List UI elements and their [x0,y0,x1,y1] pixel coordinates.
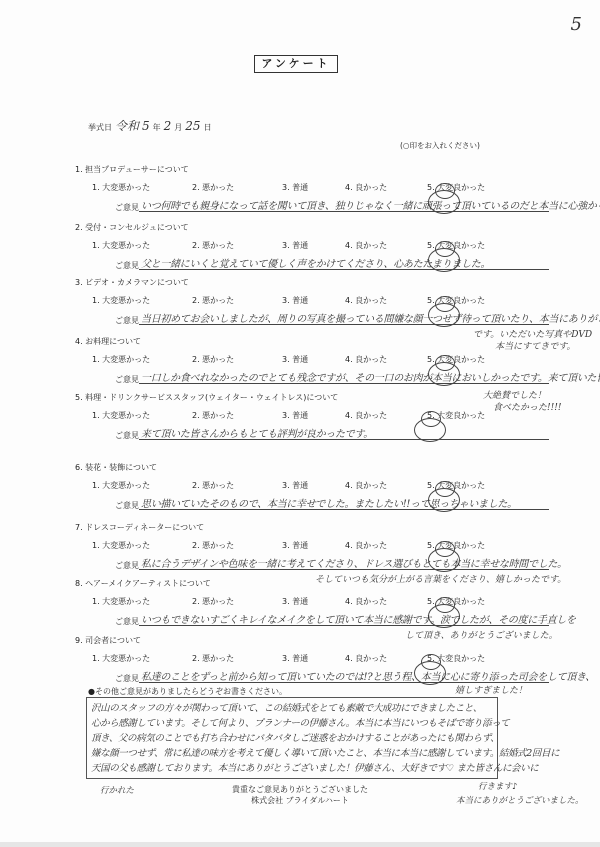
year-unit: 年 [153,122,161,133]
page-title: アンケート [254,55,338,73]
option-2[interactable]: 2. 悪かった [192,596,234,607]
other-comment-line: 心から感謝しています。そして何より、プランナーの伊藤さん。本当に本当にいつもそば… [91,715,509,729]
comment-label: ご意見 [115,260,139,271]
instruction-text: (○印をお入れください) [400,140,480,151]
other-comment-line: 天国の父も感謝しております。本当にありがとうございました！伊藤さん、大好きです♡… [91,760,538,774]
option-1[interactable]: 1. 大変悪かった [92,596,150,607]
comment-label: ご意見 [115,500,139,511]
comment-text[interactable]: いつもできないすごくキレイなメイクをして頂いて本当に感謝です。涙でしたが、その度… [141,611,576,626]
option-4[interactable]: 4. 良かった [345,480,387,491]
question-title: 7. ドレスコーディネーターについて [75,522,204,533]
option-3[interactable]: 3. 普通 [282,596,308,607]
option-3[interactable]: 3. 普通 [282,182,308,193]
comment-text[interactable]: 一口しか食べれなかったのでとても残念ですが、その一口のお肉が本当においしかったで… [141,369,600,384]
comment-extra: 嬉しすぎました！ [455,683,527,696]
comment-text[interactable]: 父と一緒にいくと覚えていて優しく声をかけてくださり、心あたたまりました。 [141,255,490,270]
wedding-date: 挙式日 令和 5 年 2 月 25 日 [88,117,212,134]
option-4[interactable]: 4. 良かった [345,410,387,421]
other-comments-box[interactable]: 沢山のスタッフの方々が関わって頂いて、この結婚式をとても素敵で大成功にできました… [86,697,498,779]
comment-label: ご意見 [115,616,139,627]
survey-page: 5 アンケート 挙式日 令和 5 年 2 月 25 日 (○印をお入れください)… [0,0,600,842]
option-2[interactable]: 2. 悪かった [192,354,234,365]
option-2[interactable]: 2. 悪かった [192,480,234,491]
other-comment-line: 沢山のスタッフの方々が関わって頂いて、この結婚式をとても素敵で大成功にできました… [91,700,482,714]
option-1[interactable]: 1. 大変悪かった [92,480,150,491]
page-number: 5 [571,14,582,35]
option-3[interactable]: 3. 普通 [282,480,308,491]
comment-text[interactable]: 私達のことをずっと前から知って頂いていたのでは!?と思う程、本当に心に寄り添った… [141,668,595,683]
footer-company: 株式会社 ブライダルハート [0,795,600,806]
comment-label: ご意見 [115,374,139,385]
month: 2 [164,119,172,133]
other-comment-line: 頂き、父の病気のことでも打ち合わせにバタバタしご迷惑をおかけすることがあったにも… [91,730,499,744]
option-3[interactable]: 3. 普通 [282,540,308,551]
question-title: 9. 司会者について [75,635,141,646]
option-2[interactable]: 2. 悪かった [192,653,234,664]
option-1[interactable]: 1. 大変悪かった [92,182,150,193]
option-3[interactable]: 3. 普通 [282,240,308,251]
option-1[interactable]: 1. 大変悪かった [92,540,150,551]
comment-text[interactable]: 当日初めてお会いしましたが、周りの写真を撮っている間嫌な顔一つせず待って頂いたり… [141,310,600,325]
option-4[interactable]: 4. 良かった [345,354,387,365]
day-unit: 日 [204,122,212,133]
comment-label: ご意見 [115,202,139,213]
footer-thanks: 貴重なご意見ありがとうございました [0,784,600,795]
comment-extra: して頂き、ありがとうございました。 [405,628,558,641]
option-2[interactable]: 2. 悪かった [192,182,234,193]
question-title: 5. 料理・ドリンクサービススタッフ(ウェイター・ウェイトレス)について [75,392,338,403]
comment-extra: そしていつも気分が上がる言葉をくださり、嬉しかったです。 [315,572,566,585]
option-2[interactable]: 2. 悪かった [192,410,234,421]
comment-extra: 食べたかった!!!! [493,400,561,413]
comment-text[interactable]: 思い描いていたそのもので、本当に幸せでした。またしたい!!って思っちゃいました。 [141,495,517,510]
question-title: 8. ヘアーメイクアーティストについて [75,578,211,589]
comment-text[interactable]: いつ何時でも親身になって話を聞いて頂き、独りじゃなく一緒に頑張って頂いているのだ… [141,197,600,212]
option-4[interactable]: 4. 良かった [345,240,387,251]
question-title: 4. お料理について [75,336,141,347]
option-3[interactable]: 3. 普通 [282,653,308,664]
option-3[interactable]: 3. 普通 [282,354,308,365]
option-1[interactable]: 1. 大変悪かった [92,653,150,664]
option-1[interactable]: 1. 大変悪かった [92,295,150,306]
month-unit: 月 [174,122,182,133]
option-2[interactable]: 2. 悪かった [192,240,234,251]
question-title: 3. ビデオ・カメラマンについて [75,277,189,288]
option-1[interactable]: 1. 大変悪かった [92,410,150,421]
comment-label: ご意見 [115,673,139,684]
option-4[interactable]: 4. 良かった [345,295,387,306]
option-4[interactable]: 4. 良かった [345,182,387,193]
comment-extra: 本当にすてきです。 [495,339,576,352]
option-2[interactable]: 2. 悪かった [192,540,234,551]
comment-text[interactable]: 私に合うデザインや色味を一緒に考えてくださり、ドレス選びもとても本当に幸せな時間… [141,555,567,570]
option-2[interactable]: 2. 悪かった [192,295,234,306]
option-1[interactable]: 1. 大変悪かった [92,354,150,365]
question-title: 1. 担当プロデューサーについて [75,164,189,175]
option-3[interactable]: 3. 普通 [282,295,308,306]
comment-text[interactable]: 来て頂いた皆さんからもとても評判が良かったです。 [141,425,373,440]
comment-label: ご意見 [115,315,139,326]
question-title: 2. 受付・コンセルジュについて [75,222,189,233]
year: 5 [142,119,150,133]
option-1[interactable]: 1. 大変悪かった [92,240,150,251]
wedding-date-label: 挙式日 [88,122,112,133]
comment-label: ご意見 [115,560,139,571]
option-4[interactable]: 4. 良かった [345,653,387,664]
option-4[interactable]: 4. 良かった [345,596,387,607]
other-comments-title: ●その他ご意見がありましたらどうぞお書きください。 [88,686,287,697]
option-3[interactable]: 3. 普通 [282,410,308,421]
option-4[interactable]: 4. 良かった [345,540,387,551]
day: 25 [185,119,200,133]
bottom-strip [0,842,600,847]
era: 令和 [115,117,139,134]
question-title: 6. 装花・装飾について [75,462,157,473]
other-comment-line: 嫌な顔一つせず、常に私達の味方を考えて優しく導いて頂いたこと、本当に本当に感謝し… [91,745,559,759]
comment-label: ご意見 [115,430,139,441]
